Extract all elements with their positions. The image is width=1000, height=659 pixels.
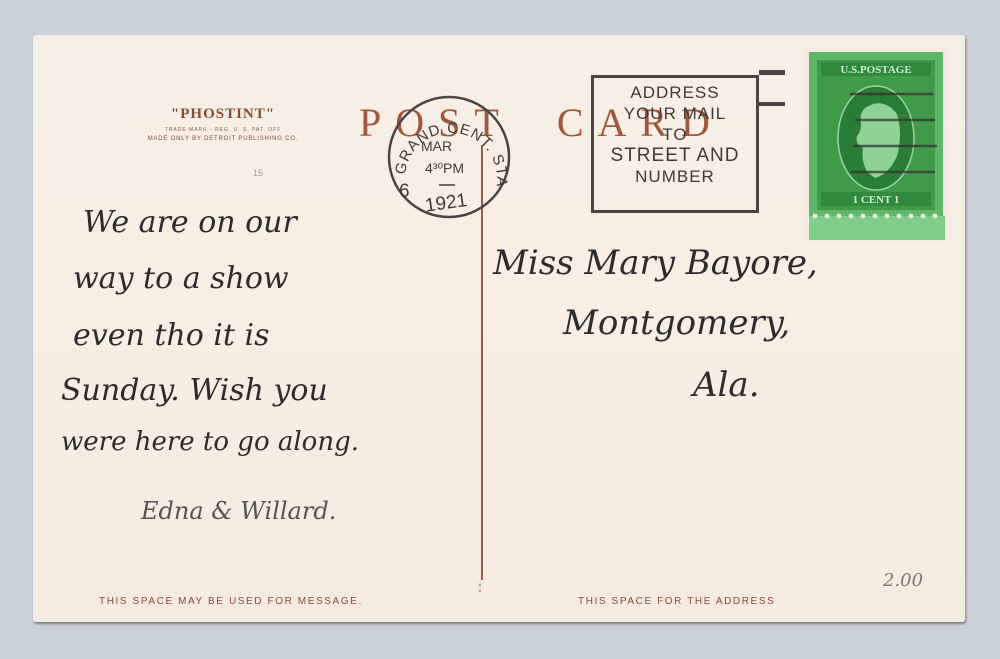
brand-trademark: TRADE MARK - REG. U. S. PAT. OFF	[133, 127, 313, 133]
cancel-bar	[759, 102, 785, 106]
cancel-bar	[759, 70, 785, 75]
brand-title: "PHOSTINT"	[133, 106, 313, 123]
message-line: Sunday. Wish you	[61, 373, 328, 408]
slogan-cancel: ADDRESS YOUR MAIL TO STREET AND NUMBER	[591, 75, 759, 213]
signature: Edna & Willard.	[141, 497, 336, 525]
stamp-top-text: U.S.POSTAGE	[840, 64, 911, 76]
address-line: Ala.	[693, 365, 760, 405]
svg-text:4³⁰PM: 4³⁰PM	[425, 160, 464, 176]
slogan-line: YOUR MAIL	[594, 103, 756, 124]
brand-publisher: MADE ONLY BY DETROIT PUBLISHING CO.	[133, 136, 313, 142]
postcard: "PHOSTINT" TRADE MARK - REG. U. S. PAT. …	[33, 35, 965, 622]
divider-marks: ××	[478, 583, 482, 595]
slogan-line: NUMBER	[594, 166, 756, 187]
address-space-label: THIS SPACE FOR THE ADDRESS	[578, 596, 775, 607]
message-line: We are on our	[83, 205, 297, 240]
svg-text:1921: 1921	[424, 190, 469, 217]
svg-text:MAR: MAR	[421, 138, 452, 154]
small-mark: 15	[253, 168, 263, 178]
slogan-line: TO	[594, 124, 756, 145]
message-line: way to a show	[73, 261, 289, 296]
message-space-label: THIS SPACE MAY BE USED FOR MESSAGE.	[99, 596, 363, 607]
pencil-price: 2.00	[883, 570, 923, 591]
svg-text:6: 6	[399, 181, 410, 202]
address-line: Miss Mary Bayore,	[493, 243, 818, 283]
message-line: even tho it is	[73, 318, 269, 353]
publisher-brand: "PHOSTINT" TRADE MARK - REG. U. S. PAT. …	[133, 106, 313, 142]
slogan-line: STREET AND	[594, 145, 756, 166]
address-line: Montgomery,	[563, 303, 790, 343]
postage-stamp-icon: U.S.POSTAGE 1 CENT 1	[805, 48, 947, 242]
postmark-icon: GRAND CENT. STA. N.Y. MAR 4³⁰PM 6 1921	[385, 93, 513, 221]
stamp-bottom-text: 1 CENT 1	[853, 194, 900, 206]
message-line: were here to go along.	[61, 427, 359, 457]
slogan-line: ADDRESS	[594, 82, 756, 103]
